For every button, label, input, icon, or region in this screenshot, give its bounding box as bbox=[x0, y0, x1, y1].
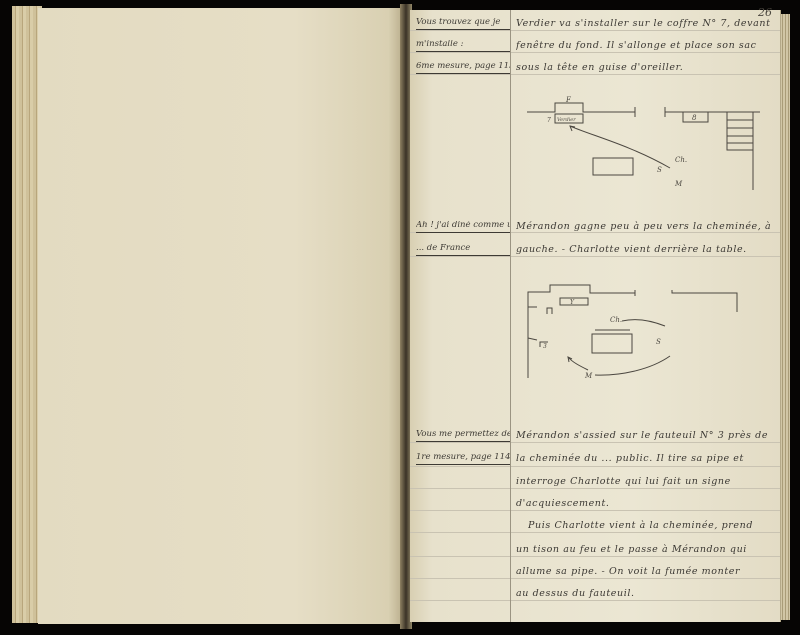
stage-diagram-2: Y 3 Ch. S M bbox=[510, 278, 780, 388]
handwritten-line: la cheminée du ... public. Il tire sa pi… bbox=[516, 453, 771, 464]
rule-line bbox=[410, 532, 780, 533]
handwritten-line: interroge Charlotte qui lui fait un sign… bbox=[516, 476, 771, 487]
handwritten-line: Puis Charlotte vient à la cheminée, pren… bbox=[528, 520, 783, 531]
margin-note: Ah ! j'ai diné comme un bbox=[416, 221, 510, 233]
right-page: 26 Vous trouvez que je m'installe : 6me … bbox=[410, 10, 781, 622]
rule-line bbox=[410, 52, 780, 53]
handwritten-line: fenêtre du fond. Il s'allonge et place s… bbox=[516, 40, 771, 51]
handwritten-line: d'acquiescement. bbox=[516, 498, 771, 509]
handwritten-line: Mérandon gagne peu à peu vers la cheminé… bbox=[516, 221, 771, 232]
handwritten-line: gauche. - Charlotte vient derrière la ta… bbox=[516, 244, 771, 255]
label-m: M bbox=[674, 180, 683, 188]
rule-line bbox=[410, 442, 780, 443]
rule-line bbox=[410, 578, 780, 579]
margin-note: 6me mesure, page 113 bbox=[416, 62, 510, 74]
rule-line bbox=[410, 466, 780, 467]
left-page-blank bbox=[38, 8, 403, 624]
handwritten-line: un tison au feu et le passe à Mérandon q… bbox=[516, 544, 771, 555]
rule-line bbox=[410, 510, 780, 511]
label-charlotte: Ch. bbox=[610, 316, 622, 324]
rule-line bbox=[410, 30, 780, 31]
rule-line bbox=[410, 556, 780, 557]
margin-note: Vous trouvez que je bbox=[416, 18, 510, 30]
handwritten-line: au dessus du fauteuil. bbox=[516, 588, 771, 599]
rule-line bbox=[410, 600, 780, 601]
label-verdier: Verdier bbox=[557, 117, 576, 123]
handwritten-line: Verdier va s'installer sur le coffre N° … bbox=[516, 18, 771, 29]
label-chair-3: 3 bbox=[543, 343, 547, 350]
margin-note: 1re mesure, page 114 bbox=[416, 453, 510, 465]
handwritten-line: Mérandon s'assied sur le fauteuil N° 3 p… bbox=[516, 430, 771, 441]
label-number-7: 7 bbox=[547, 117, 551, 124]
label-box-8: 8 bbox=[692, 114, 697, 122]
label-s: S bbox=[656, 338, 661, 346]
rule-line bbox=[410, 488, 780, 489]
notebook-spread: 26 Vous trouvez que je m'installe : 6me … bbox=[0, 0, 800, 635]
label-charlotte: Ch. bbox=[675, 156, 687, 164]
label-m: M bbox=[584, 372, 593, 380]
handwritten-line: sous la tête en guise d'oreiller. bbox=[516, 62, 771, 73]
label-s: S bbox=[657, 166, 662, 174]
rule-line bbox=[410, 74, 780, 75]
stage-diagram-1: F Verdier 7 8 Ch. S M bbox=[510, 90, 780, 200]
margin-note: ... de France bbox=[416, 244, 510, 256]
margin-note: Vous me permettez de fumer ? bbox=[416, 430, 510, 442]
margin-note: m'installe : bbox=[416, 40, 510, 52]
rule-line bbox=[410, 256, 780, 257]
handwritten-line: allume sa pipe. - On voit la fumée monte… bbox=[516, 566, 771, 577]
